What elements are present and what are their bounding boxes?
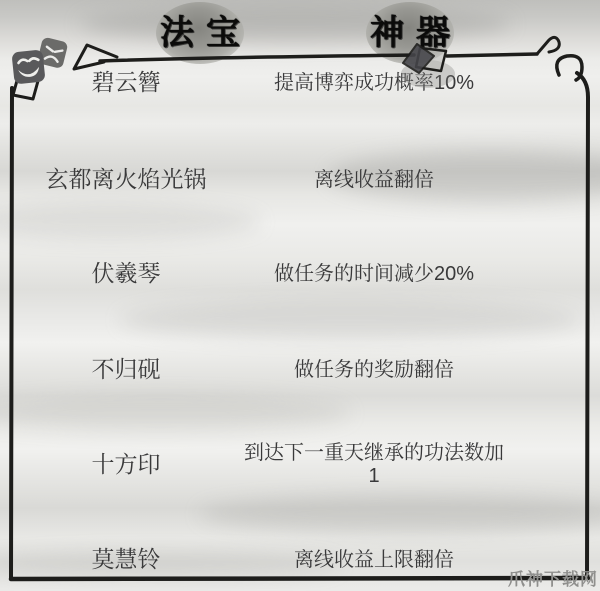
site-watermark: 爪神下载网 [508,565,598,590]
treasure-effect: 提高博弈成功概率10% [240,66,508,95]
treasure-name: 十方印 [12,446,240,479]
treasure-name: 玄都离火焰光锅 [12,161,240,194]
treasure-name: 伏羲琴 [12,255,240,288]
treasure-effect: 离线收益翻倍 [240,163,508,192]
treasure-name: 莫慧铃 [12,541,240,574]
tab-shenqi[interactable]: 神器 [355,6,465,58]
drama-masks-icon[interactable] [5,33,71,91]
treasure-effect: 做任务的时间减少20% [240,257,508,286]
tab-fabao-label: 法宝 [148,14,252,54]
tab-fabao[interactable]: 法宝 [145,6,255,58]
treasure-panel: 法宝 神器 [0,0,600,591]
table-row: 十方印 到达下一重天继承的功法数加1 [12,445,588,479]
ink-wash-band [120,300,580,340]
tab-shenqi-label: 神器 [358,14,462,54]
ink-wash-band [0,395,350,431]
table-row: 玄都离火焰光锅 离线收益翻倍 [12,160,588,194]
table-row: 碧云簪 提高博弈成功概率10% [12,63,588,97]
table-row: 莫慧铃 离线收益上限翻倍 [12,540,588,574]
treasure-effect: 离线收益上限翻倍 [240,543,508,572]
table-row: 不归砚 做任务的奖励翻倍 [12,350,588,384]
table-row: 伏羲琴 做任务的时间减少20% [12,254,588,288]
ink-wash-band [200,495,600,533]
treasure-name: 不归砚 [12,351,240,384]
treasure-effect: 做任务的奖励翻倍 [240,353,508,382]
treasure-effect: 到达下一重天继承的功法数加1 [240,436,508,488]
ink-wash-band [0,205,260,239]
